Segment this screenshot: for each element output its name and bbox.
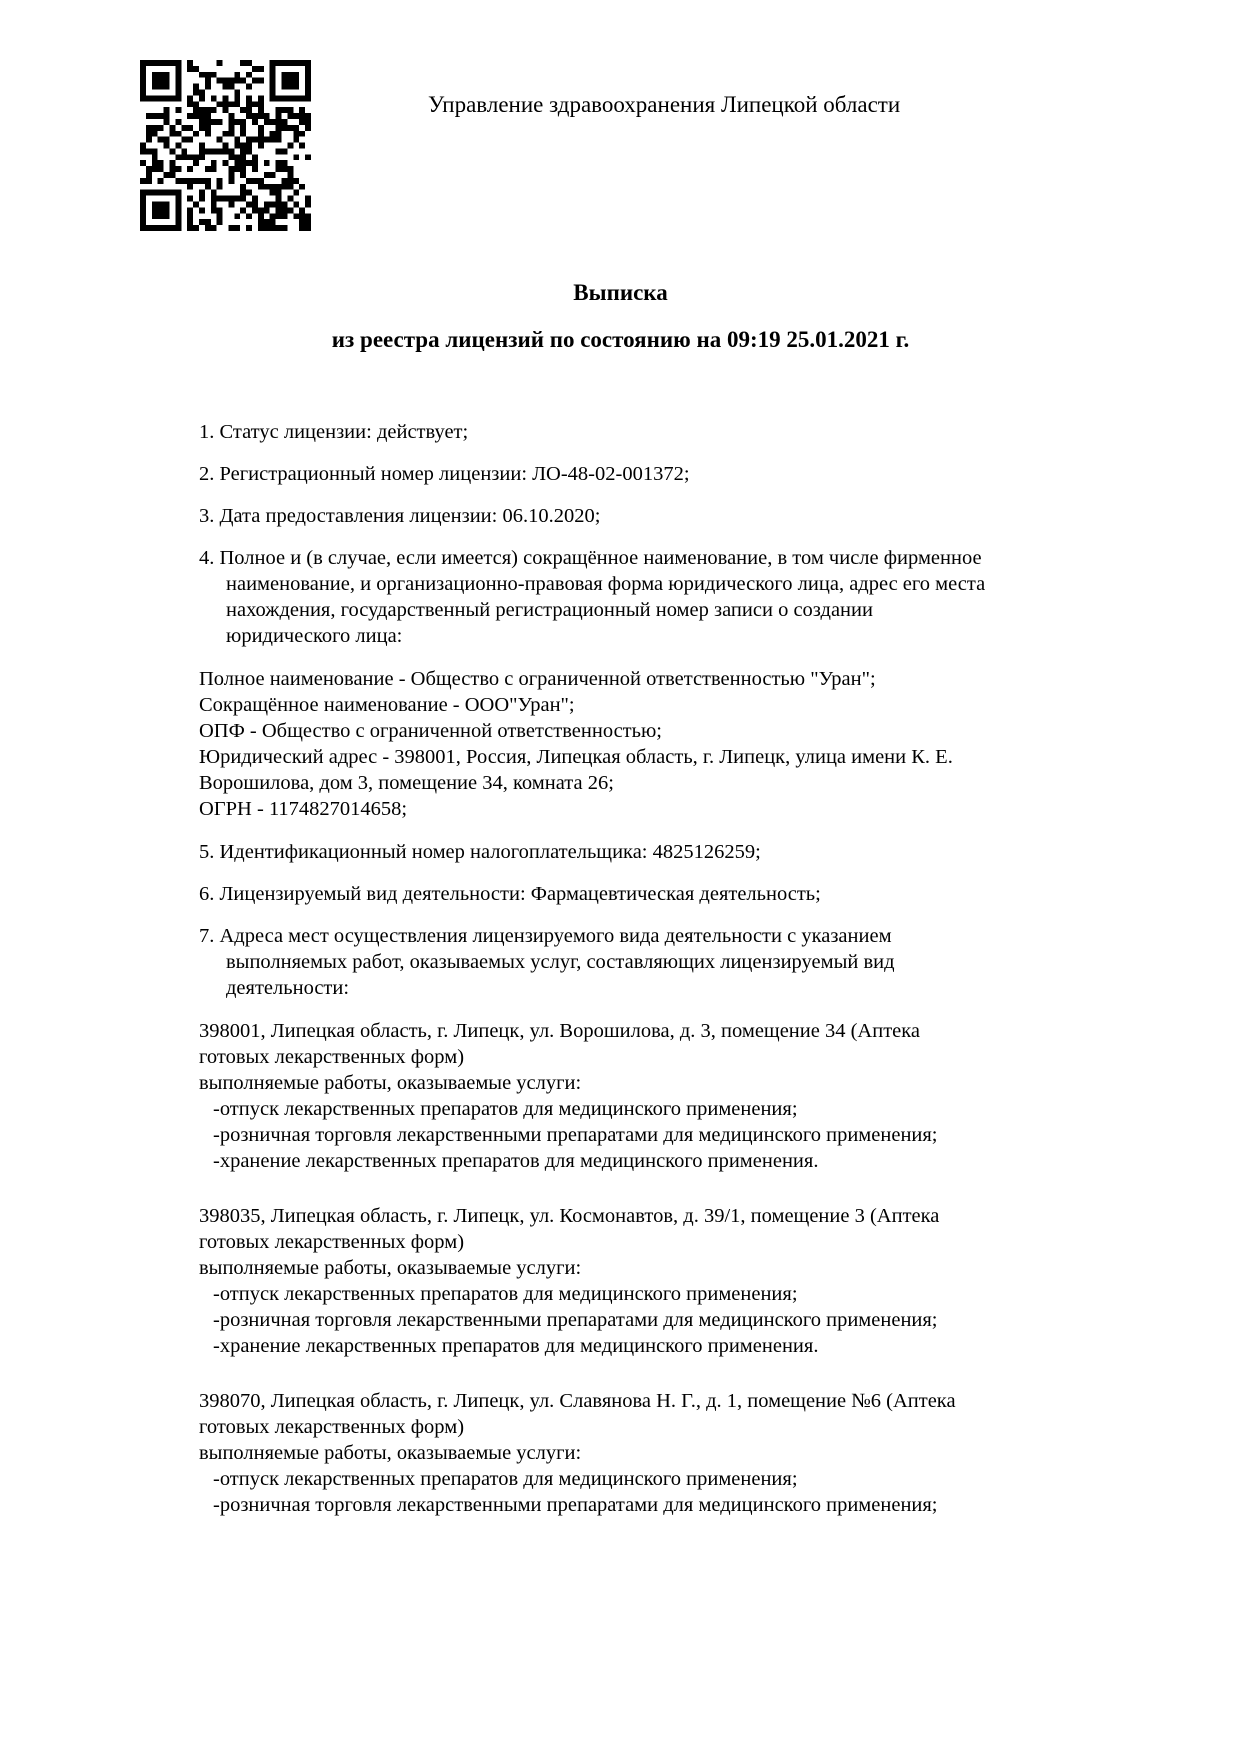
entity-legal-address: Ворошилова, дом 3, помещение 34, комната… bbox=[199, 772, 614, 795]
entity-short-name: Сокращённое наименование - ООО"Уран"; bbox=[199, 694, 575, 717]
location-works-label: выполняемые работы, оказываемые услуги: bbox=[199, 1442, 581, 1465]
entity-legal-form: ОПФ - Общество с ограниченной ответствен… bbox=[199, 720, 662, 743]
entity-name-heading: 4. Полное и (в случае, если имеется) сок… bbox=[199, 547, 982, 570]
location-work-item: -отпуск лекарственных препаратов для мед… bbox=[213, 1283, 798, 1306]
location-work-item: -отпуск лекарственных препаратов для мед… bbox=[213, 1098, 798, 1121]
location-address: готовых лекарственных форм) bbox=[199, 1046, 464, 1069]
license-reg-number: 2. Регистрационный номер лицензии: ЛО-48… bbox=[199, 463, 690, 486]
qr-code-icon bbox=[140, 60, 311, 231]
location-address: 398070, Липецкая область, г. Липецк, ул.… bbox=[199, 1390, 956, 1413]
location-works-label: выполняемые работы, оказываемые услуги: bbox=[199, 1257, 581, 1280]
location-work-item: -розничная торговля лекарственными препа… bbox=[213, 1494, 938, 1517]
location-works-label: выполняемые работы, оказываемые услуги: bbox=[199, 1072, 581, 1095]
location-work-item: -розничная торговля лекарственными препа… bbox=[213, 1124, 938, 1147]
addresses-heading: выполняемых работ, оказываемых услуг, со… bbox=[226, 951, 895, 974]
entity-name-heading: наименование, и организационно-правовая … bbox=[226, 573, 985, 596]
license-status: 1. Статус лицензии: действует; bbox=[199, 421, 468, 444]
location-address: 398001, Липецкая область, г. Липецк, ул.… bbox=[199, 1020, 920, 1043]
location-work-item: -хранение лекарственных препаратов для м… bbox=[213, 1335, 818, 1358]
entity-ogrn: ОГРН - 1174827014658; bbox=[199, 798, 407, 821]
addresses-heading: 7. Адреса мест осуществления лицензируем… bbox=[199, 925, 892, 948]
entity-name-heading: нахождения, государственный регистрацион… bbox=[226, 599, 873, 622]
location-work-item: -отпуск лекарственных препаратов для мед… bbox=[213, 1468, 798, 1491]
location-address: готовых лекарственных форм) bbox=[199, 1416, 464, 1439]
entity-full-name: Полное наименование - Общество с огранич… bbox=[199, 668, 876, 691]
entity-legal-address: Юридический адрес - 398001, Россия, Липе… bbox=[199, 746, 953, 769]
location-work-item: -хранение лекарственных препаратов для м… bbox=[213, 1150, 818, 1173]
document-subtitle: из реестра лицензий по состоянию на 09:1… bbox=[0, 327, 1241, 353]
license-date: 3. Дата предоставления лицензии: 06.10.2… bbox=[199, 505, 600, 528]
location-address: готовых лекарственных форм) bbox=[199, 1231, 464, 1254]
document-title: Выписка bbox=[0, 280, 1241, 306]
licensed-activity: 6. Лицензируемый вид деятельности: Фарма… bbox=[199, 883, 821, 906]
location-work-item: -розничная торговля лекарственными препа… bbox=[213, 1309, 938, 1332]
taxpayer-id: 5. Идентификационный номер налогоплатель… bbox=[199, 841, 761, 864]
addresses-heading: деятельности: bbox=[226, 977, 349, 1000]
location-address: 398035, Липецкая область, г. Липецк, ул.… bbox=[199, 1205, 939, 1228]
entity-name-heading: юридического лица: bbox=[226, 625, 402, 648]
issuing-authority: Управление здравоохранения Липецкой обла… bbox=[428, 92, 900, 118]
